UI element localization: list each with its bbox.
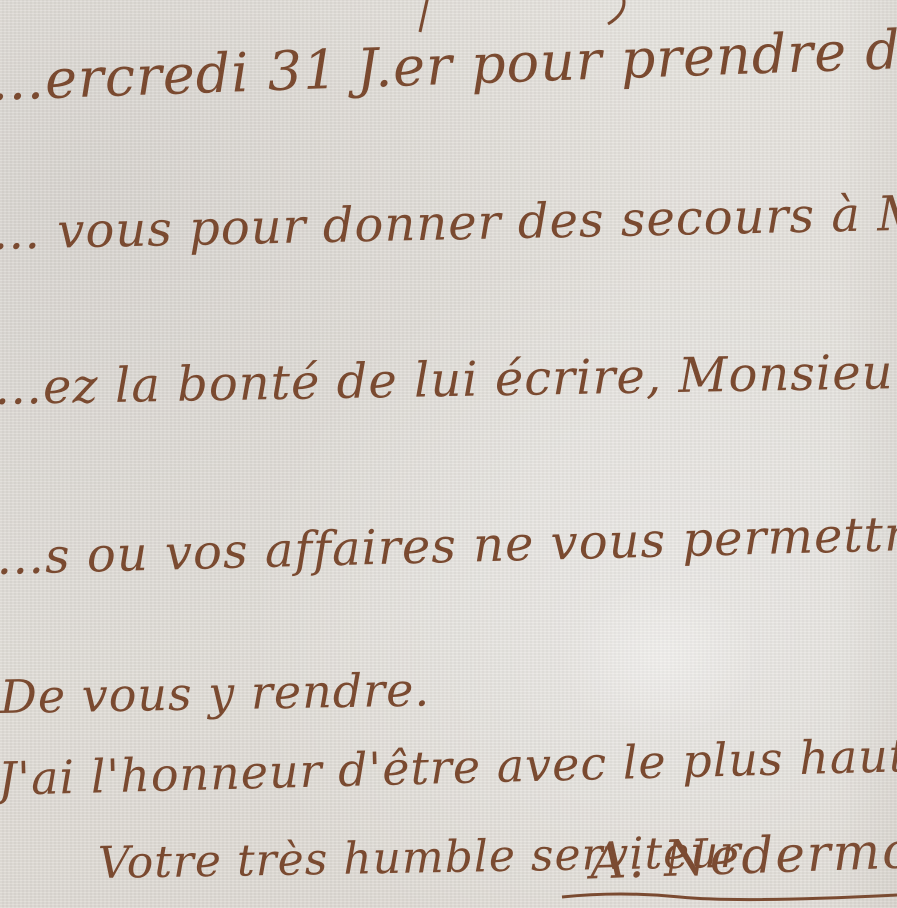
- handwritten-letter: …ercredi 31 J.er pour prendre des arrang…: [0, 0, 897, 908]
- letter-line-3: …ez la bonté de lui écrire, Monsieur, …: [0, 343, 897, 416]
- signature: A. Nedermo…: [589, 819, 897, 890]
- letter-line-6-closing: J'ai l'honneur d'être avec le plus haute…: [0, 724, 897, 806]
- paper-crease: [560, 580, 760, 740]
- letter-line-2: … vous pour donner des secours à M.de …: [0, 182, 897, 261]
- signature-flourish: [560, 885, 897, 905]
- letter-line-5: De vous y rendre.: [0, 662, 430, 723]
- flourish-icon: [560, 885, 897, 905]
- letter-line-4: …s ou vos affaires ne vous permettroi…: [0, 504, 897, 586]
